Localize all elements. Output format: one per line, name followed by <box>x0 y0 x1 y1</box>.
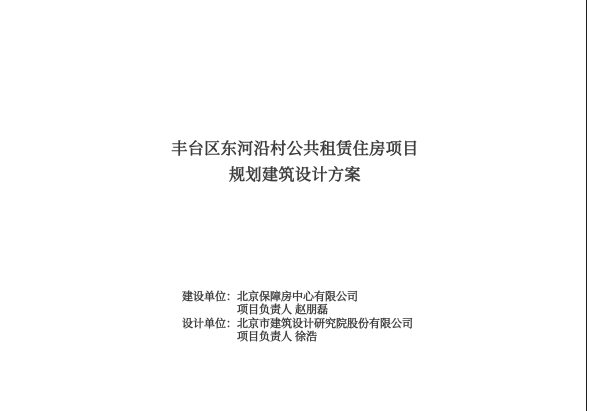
credit-label-design-unit: 设计单位： <box>182 318 237 330</box>
title-block: 丰台区东河沿村公共租赁住房项目 规划建筑设计方案 <box>0 137 590 189</box>
document-title-line-1: 丰台区东河沿村公共租赁住房项目 <box>0 137 590 163</box>
credit-value-design-unit: 北京市建筑设计研究院股份有限公司 <box>237 318 413 330</box>
document-page: 丰台区东河沿村公共租赁住房项目 规划建筑设计方案 建设单位：北京保障房中心有限公… <box>0 0 590 411</box>
credit-line-construction-unit: 建设单位：北京保障房中心有限公司 <box>182 291 413 304</box>
credit-value-construction-unit: 北京保障房中心有限公司 <box>237 291 358 303</box>
credit-label-construction-unit: 建设单位： <box>182 291 237 303</box>
credit-line-construction-manager: 项目负责人 赵朋磊 <box>182 304 413 317</box>
window-edge-divider <box>586 0 587 411</box>
credits-block: 建设单位：北京保障房中心有限公司 项目负责人 赵朋磊 设计单位：北京市建筑设计研… <box>182 291 413 345</box>
credit-line-design-unit: 设计单位：北京市建筑设计研究院股份有限公司 <box>182 318 413 331</box>
document-title-line-2: 规划建筑设计方案 <box>0 163 590 189</box>
credit-line-design-manager: 项目负责人 徐浩 <box>182 331 413 344</box>
credit-value-construction-manager: 项目负责人 赵朋磊 <box>237 304 328 316</box>
credit-value-design-manager: 项目负责人 徐浩 <box>237 331 317 343</box>
